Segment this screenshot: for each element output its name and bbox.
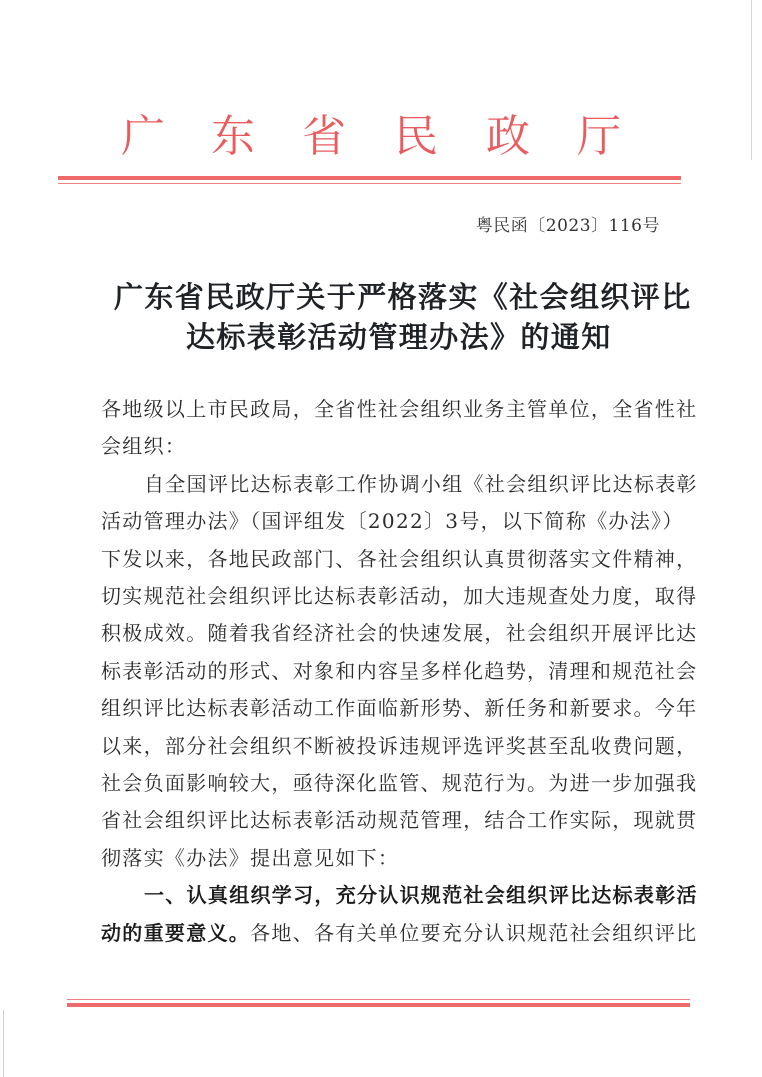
paragraph-line: 社会负面影响较大，亟待深化监管、规范行为。为进一步加强我	[101, 770, 697, 796]
document-title-line-1: 广东省民政厅关于严格落实《社会组织评比	[114, 279, 692, 315]
letterhead-char: 政	[485, 111, 531, 163]
salutation-line: 各地级以上市民政局，全省性社会组织业务主管单位，全省性社	[101, 396, 697, 422]
letterhead-char: 省	[301, 111, 347, 163]
letterhead-char: 厅	[576, 111, 622, 163]
paragraph-line: 自全国评比达标表彰工作协调小组《社会组织评比达标表彰	[144, 471, 698, 497]
paragraph-line: 彻落实《办法》提出意见如下：	[101, 845, 399, 871]
document-title-line-2: 达标表彰活动管理办法》的通知	[186, 319, 612, 355]
letterhead-char: 东	[210, 111, 256, 163]
header-rule-thin	[58, 183, 681, 184]
paragraph-line: 以来，部分社会组织不断被投诉违规评选评奖甚至乱收费问题，	[101, 733, 697, 759]
paragraph-line: 下发以来，各地民政部门、各社会组织认真贯彻落实文件精神，	[101, 546, 697, 572]
paragraph-line: 标表彰活动的形式、对象和内容呈多样化趋势，清理和规范社会	[101, 658, 697, 684]
section-heading-text: 动的重要意义。	[101, 921, 250, 945]
paragraph-line: 积极成效。随着我省经济社会的快速发展，社会组织开展评比达	[101, 620, 697, 646]
letterhead: 广 东 省 民 政 厅	[0, 111, 762, 163]
salutation-line: 会组织：	[101, 433, 186, 459]
letterhead-char: 广	[120, 111, 166, 163]
section-heading-text: 一、认真组织学习，充分认识规范社会组织评比达标表彰活	[144, 883, 698, 907]
section-body-text: 各地、各有关单位要充分认识规范社会组织评比	[250, 921, 697, 945]
letterhead-char: 民	[393, 111, 439, 163]
header-rule-thick	[58, 176, 681, 180]
paragraph-line: 活动管理办法》（国评组发〔2022〕3号，以下简称《办法》）	[101, 508, 684, 534]
scan-edge-line	[3, 1010, 4, 1077]
footer-rule-thick	[67, 1003, 690, 1007]
paragraph-line: 切实规范社会组织评比达标表彰活动，加大违规查处力度，取得	[101, 583, 697, 609]
document-number: 粤民函〔2023〕116号	[460, 215, 660, 237]
paragraph-line: 组织评比达标表彰活动工作面临新形势、新任务和新要求。今年	[101, 695, 697, 721]
footer-rule-thin	[67, 999, 690, 1000]
paragraph-line: 省社会组织评比达标表彰活动规范管理，结合工作实际，现就贯	[101, 807, 697, 833]
document-page: 广 东 省 民 政 厅 粤民函〔2023〕116号 广东省民政厅关于严格落实《社…	[0, 0, 762, 1077]
section-heading-line: 一、认真组织学习，充分认识规范社会组织评比达标表彰活	[144, 882, 698, 908]
section-paragraph-line: 动的重要意义。各地、各有关单位要充分认识规范社会组织评比	[101, 920, 697, 946]
